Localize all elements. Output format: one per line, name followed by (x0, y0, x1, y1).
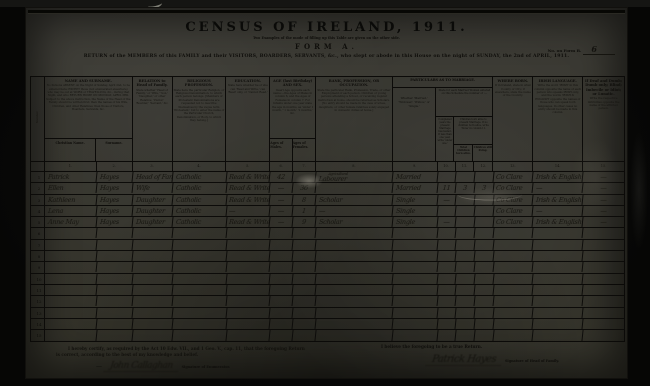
cell-age_m (270, 240, 294, 250)
cell-total (455, 217, 475, 227)
cell-age_f (293, 319, 317, 329)
cell-irish (533, 308, 584, 318)
cell-age_f (293, 274, 317, 284)
col-marriage-header: PARTICULARS AS TO MARRIAGE. Whether 'Mar… (393, 77, 494, 161)
cell-age_f: 1 (293, 206, 317, 216)
cell-religion (172, 296, 227, 306)
cell-irish: — (533, 183, 584, 193)
certification-text: I hereby certify, as required by the Act… (56, 346, 306, 359)
column-number: 11. (456, 162, 475, 171)
form-a-label: FORM A. (26, 42, 627, 51)
cell-total (455, 262, 475, 272)
cell-num: 3 (31, 195, 45, 205)
cell-marriage (392, 251, 438, 261)
cell-marriage (392, 308, 438, 318)
cell-born (493, 240, 534, 250)
cell-religion (172, 228, 227, 238)
cell-surname (96, 240, 133, 250)
cell-surname (96, 330, 133, 341)
cell-irish: Irish & English (533, 172, 584, 182)
column-number: 1. (45, 162, 97, 171)
return-line: RETURN of the MEMBERS of this FAMILY and… (26, 54, 627, 59)
no-on-form-label: No. on Form B. (548, 48, 582, 53)
col-education-header: EDUCATION. State here whether he or she … (226, 77, 270, 161)
cell-living (474, 285, 494, 295)
cell-education (226, 262, 271, 272)
cell-christian (44, 228, 97, 238)
cell-infirmity: — (583, 195, 625, 205)
table-row: 7 (31, 240, 624, 251)
column-number: 3. (133, 162, 173, 171)
cell-irish (533, 251, 584, 261)
cell-relation (132, 228, 173, 238)
cell-surname: Hayes (96, 217, 133, 227)
cell-religion: Catholic (172, 183, 227, 193)
cell-religion: Catholic (172, 172, 227, 182)
cell-education (226, 308, 271, 318)
census-table: Number. NAME AND SURNAME. No Persons ABS… (30, 76, 625, 342)
cell-irish (533, 228, 584, 238)
cell-infirmity (583, 285, 625, 295)
cell-education (226, 228, 271, 238)
cell-education: Read & Write (226, 195, 271, 205)
table-row: 12 (31, 296, 624, 307)
column-numbers-strip: 1.2.3.4.5.6.7.8.9.10.11.12.13.14.15. (31, 162, 624, 172)
col-infirmity-header: If Deaf and Dumb; Dumb only; Blind; Imbe… (583, 77, 624, 161)
cell-total (455, 251, 475, 261)
cell-education (226, 330, 271, 341)
cell-infirmity: — (583, 183, 625, 193)
cell-occupation: AgriculturalLabourer (316, 172, 394, 182)
cell-surname (96, 319, 133, 329)
cell-age_f (293, 251, 317, 261)
cell-num: 1 (31, 172, 45, 182)
cell-total (455, 308, 475, 318)
signature-dash: — (96, 363, 102, 370)
cell-christian (44, 285, 97, 295)
cell-education (226, 274, 271, 284)
cell-irish: — (533, 206, 584, 216)
head-declaration-text: I believe the foregoing to be a true Ret… (381, 344, 482, 349)
cell-occupation (316, 251, 394, 261)
cell-religion (172, 262, 227, 272)
enumerator-signature-line: — John Callaghan Signature of Enumerator… (96, 361, 230, 372)
table-row: 5Anne MayHayesDaughterCatholicRead & Wri… (31, 217, 624, 228)
cell-religion (172, 285, 227, 295)
cell-relation (132, 240, 173, 250)
cell-religion (172, 319, 227, 329)
cell-marriage (392, 274, 438, 284)
cell-education (226, 296, 271, 306)
cell-irish (533, 240, 584, 250)
cell-born: Co Clare (493, 172, 534, 182)
cell-age_m (270, 330, 294, 341)
cell-born (493, 274, 534, 284)
cell-occupation (316, 228, 394, 238)
cell-num: 10 (31, 274, 45, 284)
cell-marriage (392, 262, 438, 272)
cell-marriage (392, 285, 438, 295)
column-number: 9. (393, 162, 438, 171)
cell-occupation (316, 262, 394, 272)
cell-marriage: Married (392, 172, 438, 182)
marriage-status-subheader: Whether 'Married,' 'Widower,' 'Widow,' o… (393, 88, 437, 161)
cell-religion: Catholic (172, 217, 227, 227)
cell-surname (96, 228, 133, 238)
cell-infirmity: — (583, 172, 625, 182)
cell-living (474, 217, 494, 227)
cell-education (226, 251, 271, 261)
cell-surname: Hayes (96, 183, 133, 193)
cell-num: 11 (31, 285, 45, 295)
table-row: 14 (31, 319, 624, 330)
photo-background: CENSUS OF IRELAND, 1911. Two Examples of… (0, 0, 650, 386)
col-occupation-header: RANK, PROFESSION, OR OCCUPATION. State t… (316, 77, 393, 161)
cell-living (474, 262, 494, 272)
cell-marriage (392, 330, 438, 341)
cell-christian (44, 251, 97, 261)
column-number: 12. (474, 162, 493, 171)
cell-relation (132, 296, 173, 306)
cell-age_f: 8 (293, 195, 317, 205)
cell-surname (96, 274, 133, 284)
cell-relation (132, 330, 173, 341)
cell-religion: Catholic (172, 195, 227, 205)
cell-years (437, 262, 456, 272)
cell-relation: Daughter (132, 195, 173, 205)
cell-num: 5 (31, 217, 45, 227)
cell-age_m: 42 (270, 172, 294, 182)
cell-born (493, 262, 534, 272)
cell-age_f: 36 (293, 183, 317, 193)
cell-christian: Ellen (44, 183, 97, 193)
cell-relation: Daughter (132, 217, 173, 227)
cell-living (474, 308, 494, 318)
cell-infirmity: — (583, 217, 625, 227)
ages-females-subheader: Ages of Females. (293, 139, 315, 161)
cell-education (226, 285, 271, 295)
cell-irish (533, 319, 584, 329)
table-row: 1PatrickHayesHead of FamilyCatholicRead … (31, 172, 624, 183)
cell-born (493, 296, 534, 306)
cell-num: 2 (31, 183, 45, 193)
cell-age_f (293, 262, 317, 272)
census-form-paper: CENSUS OF IRELAND, 1911. Two Examples of… (25, 7, 628, 379)
table-row: 2EllenHayesWifeCatholicRead & Write—36Ma… (31, 183, 624, 194)
table-row: 3KathleenHayesDaughterCatholicRead & Wri… (31, 195, 624, 206)
cell-marriage (392, 228, 438, 238)
cell-years (437, 172, 456, 182)
cell-occupation (316, 308, 394, 318)
cell-years (437, 228, 456, 238)
cell-marriage (392, 240, 438, 250)
cell-religion (172, 274, 227, 284)
cell-marriage (392, 319, 438, 329)
cell-years: — (437, 217, 456, 227)
cell-christian: Anne May (44, 217, 97, 227)
table-row: 11 (31, 285, 624, 296)
cell-age_m (270, 228, 294, 238)
page-title: CENSUS OF IRELAND, 1911. (26, 20, 627, 35)
film-top-band (0, 0, 650, 7)
cell-irish (533, 330, 584, 341)
cell-living (474, 251, 494, 261)
cell-age_m (270, 251, 294, 261)
cell-age_f (293, 296, 317, 306)
cell-christian: Lena (44, 206, 97, 216)
table-row: 10 (31, 274, 624, 285)
occupation-superscript: Agricultural (328, 172, 348, 176)
cell-relation (132, 262, 173, 272)
cell-christian (44, 262, 97, 272)
cell-born (493, 330, 534, 341)
col-relation-header: RELATION to Head of Family. State whethe… (133, 77, 173, 161)
cell-marriage: Single (392, 217, 438, 227)
cell-living (474, 319, 494, 329)
col-name-header: NAME AND SURNAME. No Persons ABSENT on t… (45, 77, 133, 161)
cell-religion (172, 251, 227, 261)
table-row: 4LenaHayesDaughterCatholic——1—SingleCo C… (31, 206, 624, 217)
cell-irish (533, 274, 584, 284)
cell-occupation (316, 183, 394, 193)
cell-years (437, 274, 456, 284)
cell-christian: Kathleen (44, 195, 97, 205)
cell-occupation (316, 240, 394, 250)
cell-surname: Hayes (96, 172, 133, 182)
cell-total (455, 240, 475, 250)
cell-total (455, 296, 475, 306)
cell-marriage: Single (392, 206, 438, 216)
years-married-subheader: Completed years the present Marriage has… (436, 117, 454, 161)
cell-infirmity (583, 330, 625, 341)
cell-num: 9 (31, 262, 45, 272)
enumerator-signature: John Callaghan (103, 361, 179, 372)
film-side-smudge (630, 130, 648, 250)
census-scan-screenshot: { "scan": { "title": "CENSUS OF IRELAND,… (0, 0, 650, 386)
cell-born (493, 251, 534, 261)
cell-total (455, 319, 475, 329)
cell-education (226, 240, 271, 250)
cell-occupation: Scholar (316, 217, 394, 227)
cell-age_f (293, 172, 317, 182)
cell-age_f (293, 240, 317, 250)
head-of-family-signature: Patrick Hayes (425, 354, 503, 366)
cell-years (437, 319, 456, 329)
cell-years (437, 240, 456, 250)
cell-years: 11 (437, 183, 456, 193)
cell-occupation (316, 274, 394, 284)
cell-occupation: Scholar (316, 195, 394, 205)
cell-christian (44, 240, 97, 250)
cell-religion (172, 308, 227, 318)
cell-infirmity (583, 228, 625, 238)
children-living-subheader: Children still living. (473, 145, 492, 161)
cell-infirmity (583, 240, 625, 250)
cell-num: 14 (31, 319, 45, 329)
cell-years (437, 330, 456, 341)
cell-living (474, 240, 494, 250)
cell-living (474, 172, 494, 182)
cell-christian (44, 330, 97, 341)
cell-num: 4 (31, 206, 45, 216)
cell-relation (132, 319, 173, 329)
column-number: 8. (316, 162, 393, 171)
cell-occupation (316, 296, 394, 306)
cell-born (493, 228, 534, 238)
cell-age_f: 9 (293, 217, 317, 227)
cell-age_f (293, 228, 317, 238)
cell-infirmity: — (583, 206, 625, 216)
children-total-subheader: Total Children born alive. (454, 145, 473, 161)
cell-irish: Irish & English (533, 195, 584, 205)
column-number: 15. (583, 162, 624, 171)
table-row: 9 (31, 262, 624, 273)
cell-marriage: Single (392, 195, 438, 205)
cell-infirmity (583, 319, 625, 329)
column-number: 7. (293, 162, 316, 171)
cell-living (474, 228, 494, 238)
cell-age_f (293, 285, 317, 295)
col-whereborn-header: WHERE BORN. If in Ireland, state in what… (493, 77, 533, 161)
cell-years (437, 251, 456, 261)
cell-age_m (270, 274, 294, 284)
cell-surname: Hayes (96, 195, 133, 205)
cell-years (437, 285, 456, 295)
cell-religion (172, 330, 227, 341)
cell-born (493, 285, 534, 295)
cell-age_m: — (270, 217, 294, 227)
cell-occupation (316, 285, 394, 295)
col-age-header: AGE (last Birthday) AND SEX. Insert Age … (270, 77, 316, 161)
cell-relation: Wife (132, 183, 173, 193)
cell-born: Co Clare (493, 217, 534, 227)
cell-total (455, 285, 475, 295)
cell-relation (132, 251, 173, 261)
cell-total (455, 274, 475, 284)
cell-infirmity (583, 262, 625, 272)
surname-subheader: Surname. (96, 139, 131, 161)
cell-christian (44, 308, 97, 318)
cell-christian (44, 319, 97, 329)
column-number: 10. (438, 162, 456, 171)
table-row: 13 (31, 308, 624, 319)
column-number: 13. (493, 162, 533, 171)
cell-living (474, 296, 494, 306)
cell-total (455, 228, 475, 238)
cell-age_m: — (270, 206, 294, 216)
cell-age_m (270, 319, 294, 329)
cell-num: 7 (31, 240, 45, 250)
cell-years (437, 308, 456, 318)
cell-age_m (270, 296, 294, 306)
cell-infirmity (583, 274, 625, 284)
table-body: 1PatrickHayesHead of FamilyCatholicRead … (31, 172, 624, 341)
cell-total (455, 206, 475, 216)
cell-living (474, 330, 494, 341)
cell-education: Read & Write (226, 183, 271, 193)
cell-christian: Patrick (44, 172, 97, 182)
cell-age_m (270, 262, 294, 272)
cell-age_m: — (270, 183, 294, 193)
cell-education: Read & Write (226, 172, 271, 182)
cell-irish (533, 285, 584, 295)
cell-years: — (437, 195, 456, 205)
cell-num: 13 (31, 308, 45, 318)
cell-age_f (293, 330, 317, 341)
number-label: Number. (35, 97, 39, 137)
cell-num: 6 (31, 228, 45, 238)
column-number: 5. (226, 162, 270, 171)
table-row: 8 (31, 251, 624, 262)
cell-num: 12 (31, 296, 45, 306)
col-religion-header: RELIGIOUS PROFESSION. State here the par… (173, 77, 227, 161)
cell-years (437, 206, 456, 216)
col-irish-header: IRISH LANGUAGE. Write the word 'IRISH' i… (533, 77, 583, 161)
cell-total (455, 330, 475, 341)
certification-footer: I hereby certify, as required by the Act… (26, 344, 627, 378)
cell-born: Co Clare (493, 206, 534, 216)
cell-infirmity (583, 296, 625, 306)
cell-marriage (392, 296, 438, 306)
cell-relation (132, 274, 173, 284)
cell-infirmity (583, 308, 625, 318)
cell-occupation (315, 330, 393, 341)
cell-living (474, 206, 494, 216)
table-row: 15 (31, 330, 624, 341)
cell-religion (172, 240, 227, 250)
cell-education: Read & Write (226, 217, 271, 227)
cell-christian (44, 274, 97, 284)
table-header: Number. NAME AND SURNAME. No Persons ABS… (31, 77, 624, 162)
top-rule (28, 10, 625, 14)
column-number-blank (31, 162, 45, 171)
head-signature-label: Signature of Head of Family. (505, 359, 559, 363)
cell-surname (96, 308, 133, 318)
cell-infirmity (583, 251, 625, 261)
cell-religion: Catholic (172, 206, 227, 216)
column-number: 4. (173, 162, 227, 171)
ages-males-subheader: Ages of Males. (270, 139, 292, 161)
cell-num: 15 (31, 330, 45, 341)
cell-born (493, 319, 534, 329)
cell-relation (132, 285, 173, 295)
cell-education (226, 319, 271, 329)
cell-age_m: — (270, 195, 294, 205)
column-number: 14. (533, 162, 583, 171)
cell-occupation (316, 319, 394, 329)
cell-surname (96, 262, 133, 272)
cell-age_m (270, 285, 294, 295)
cell-marriage: Married (392, 183, 438, 193)
children-born-note: Children born alive to present Marriage.… (454, 117, 492, 144)
cell-age_m (270, 308, 294, 318)
cell-irish: Irish & English (533, 217, 584, 227)
column-number: 6. (270, 162, 293, 171)
cell-years (437, 296, 456, 306)
cell-occupation: — (316, 206, 394, 216)
form-subtitle: Two Examples of the mode of filling up t… (26, 36, 627, 40)
col-number-header: Number. (31, 77, 45, 161)
married-woman-note: State for each Married Woman entered on … (436, 88, 492, 116)
column-number: 2. (97, 162, 133, 171)
enumerator-signature-label: Signature of Enumerator. (182, 365, 231, 369)
cell-age_f (293, 308, 317, 318)
cell-irish (533, 262, 584, 272)
name-instructions: No Persons ABSENT on the Night of Sunday… (46, 84, 131, 111)
cell-born (493, 308, 534, 318)
cell-surname (96, 285, 133, 295)
cell-relation (132, 308, 173, 318)
